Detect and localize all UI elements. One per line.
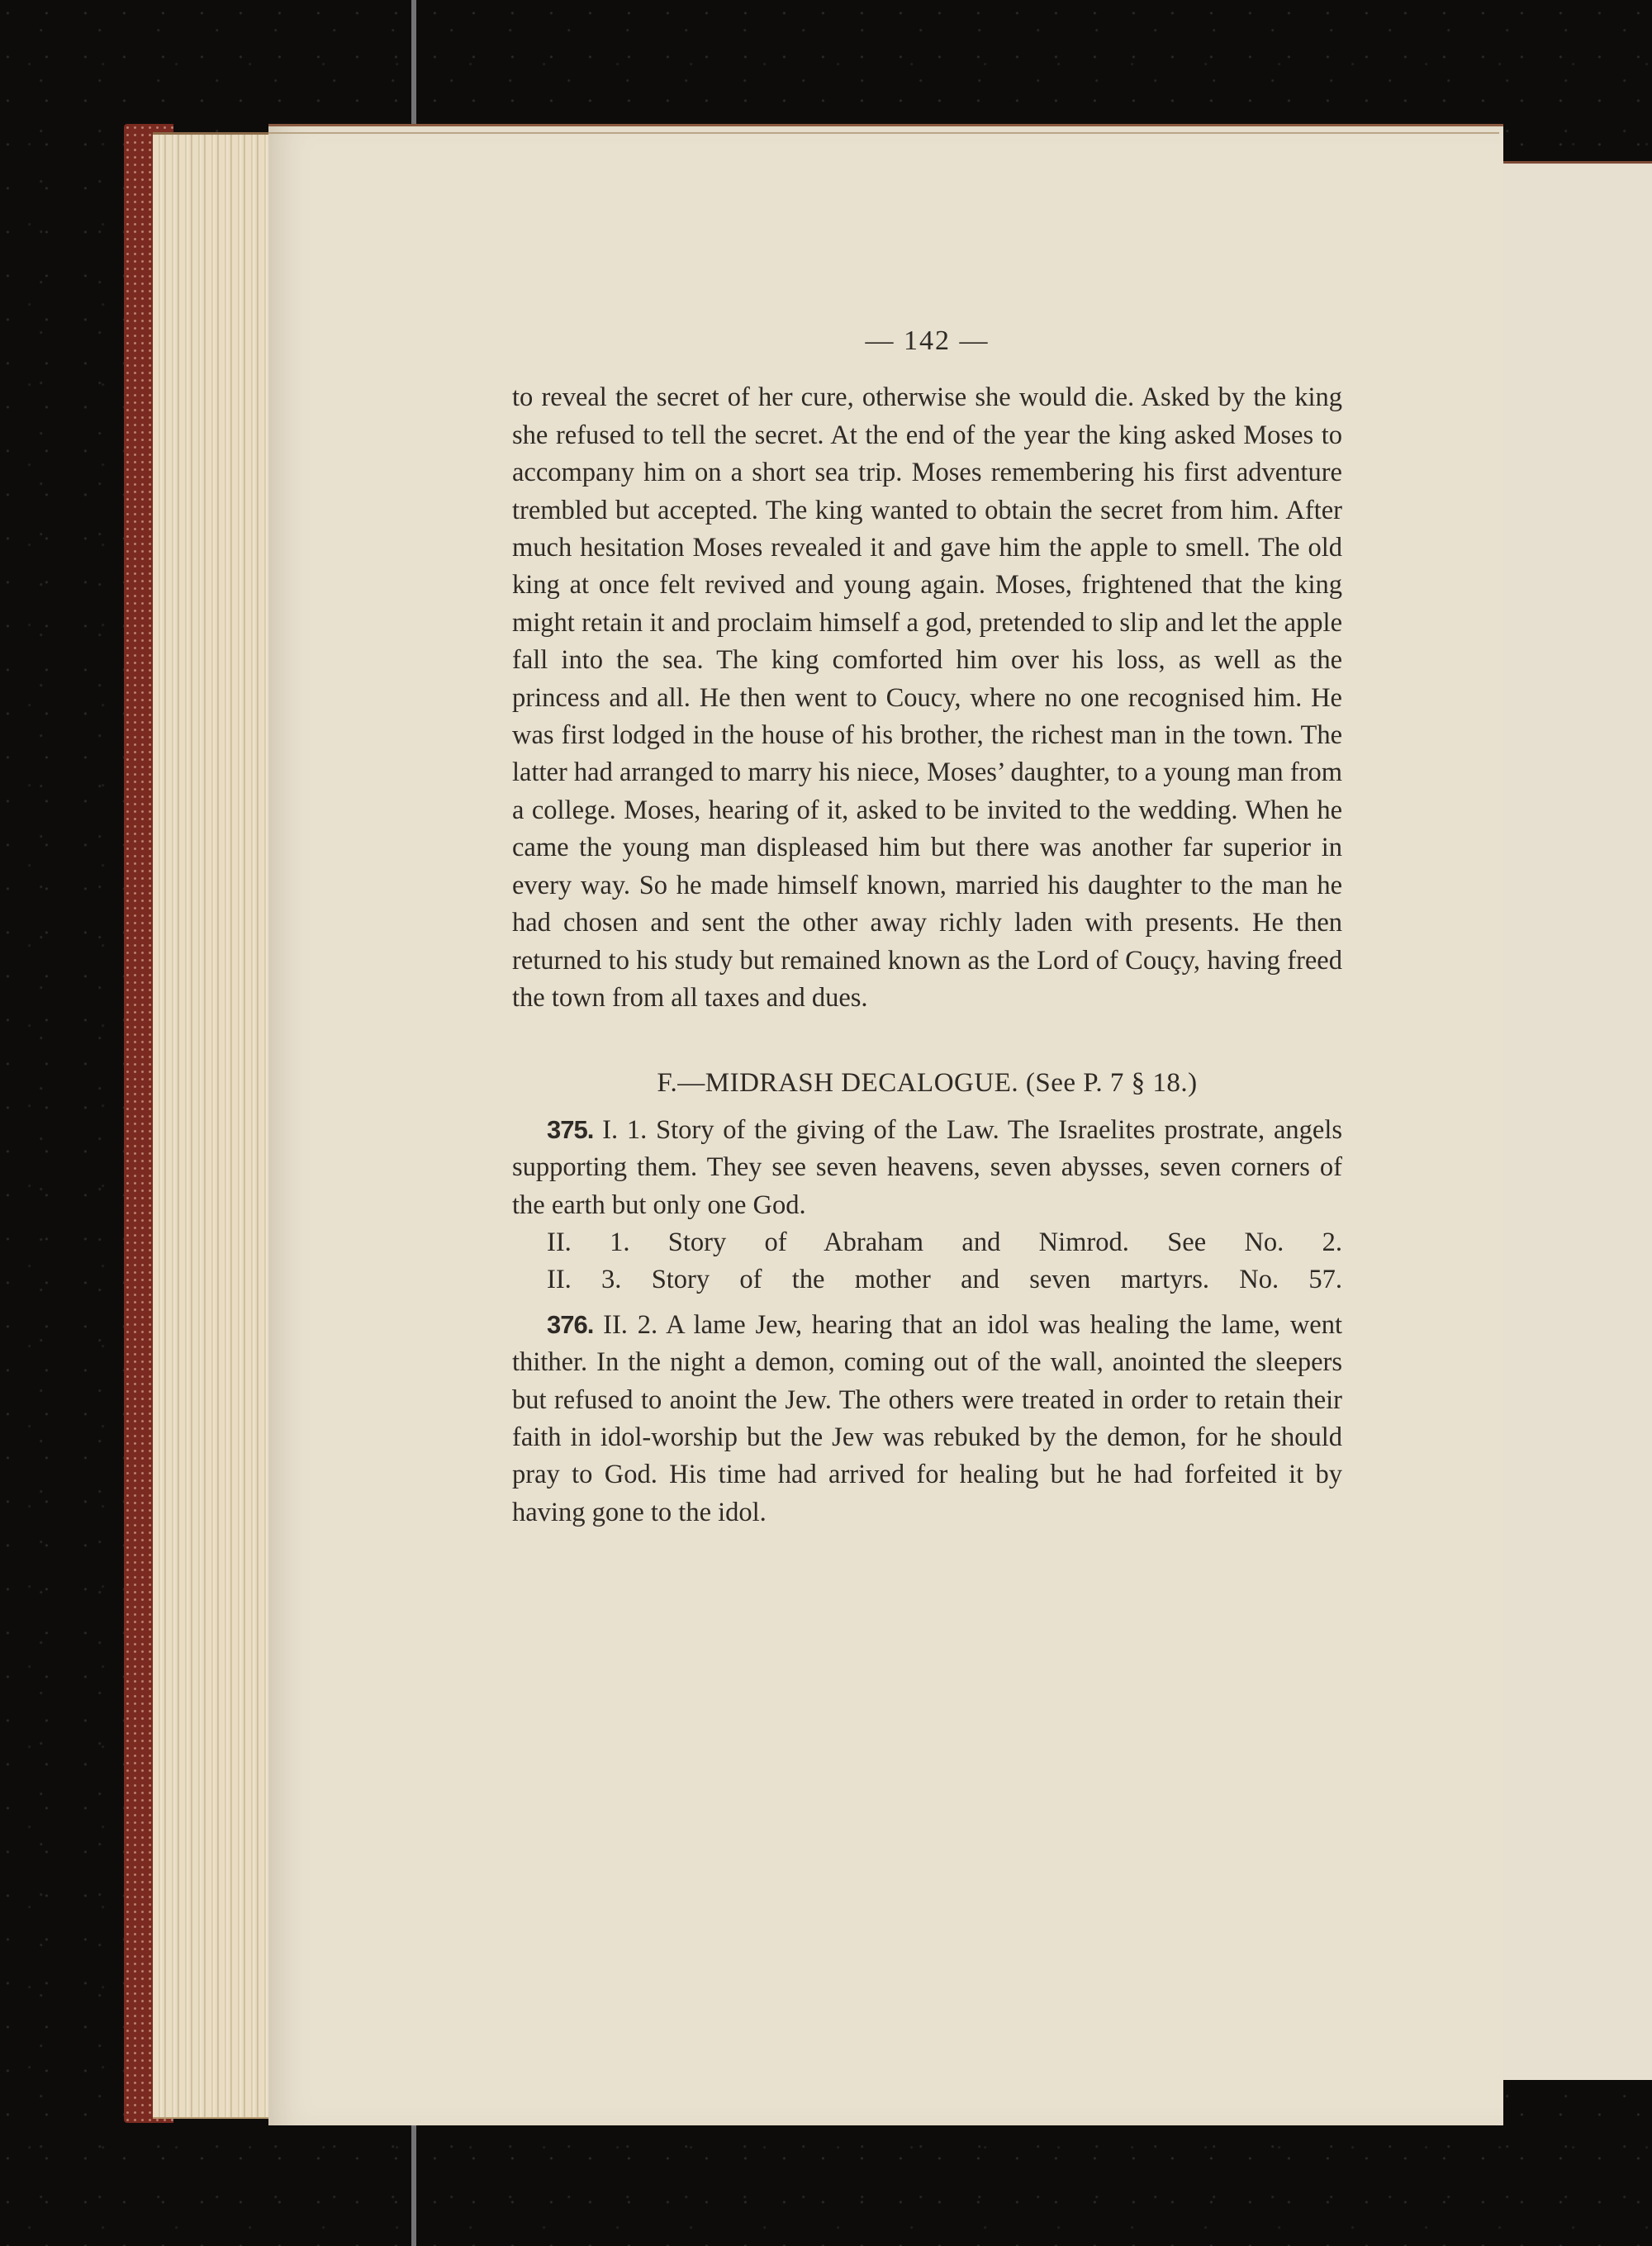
entry-text: II. 2. A lame Jew, hearing that an idol … xyxy=(512,1310,1342,1527)
entry-number: 376. xyxy=(547,1310,593,1339)
entry-number: 375. xyxy=(547,1115,593,1144)
page-edges-stack xyxy=(153,132,273,2119)
page-content: — 142 — to reveal the secret of her cure… xyxy=(512,322,1342,1531)
entry-375: 375. I. 1. Story of the giving of the La… xyxy=(512,1111,1342,1224)
section-heading: F.—MIDRASH DECALOGUE. (See P. 7 § 18.) xyxy=(512,1065,1342,1102)
page-top-edge xyxy=(268,132,1499,140)
entry-376: 376. II. 2. A lame Jew, hearing that an … xyxy=(512,1306,1342,1531)
adjacent-page xyxy=(1499,161,1652,2080)
page-number: — 142 — xyxy=(512,322,1342,359)
entry-subline: II. 1. Story of Abraham and Nimrod. See … xyxy=(512,1224,1342,1261)
entry-subline: II. 3. Story of the mother and seven mar… xyxy=(512,1261,1342,1299)
opening-paragraph: to reveal the secret of her cure, otherw… xyxy=(512,379,1342,1017)
entry-text: I. 1. Story of the giving of the Law. Th… xyxy=(512,1115,1342,1220)
